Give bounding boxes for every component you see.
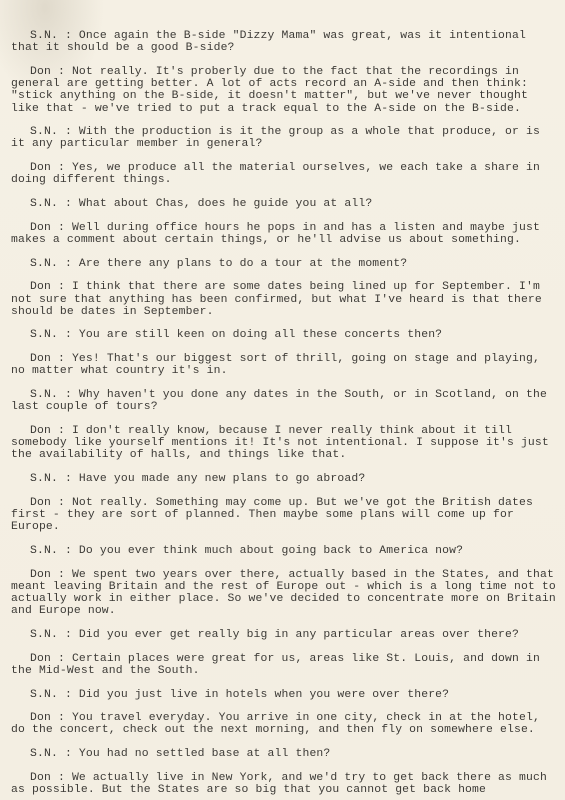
speaker-separator: : [58,126,79,138]
speaker-label: S.N. [30,748,58,760]
paragraph-text: Not really. Something may come up. But w… [11,497,540,533]
speaker-label: Don [30,353,51,365]
speaker-label: S.N. [30,629,58,641]
paragraph-text: You are still keen on doing all these co… [79,329,442,341]
speaker-separator: : [58,748,79,760]
paragraph-text: Well during office hours he pops in and … [11,222,547,246]
question-paragraph: S.N. : Are there any plans to do a tour … [11,258,556,270]
speaker-label: Don [30,425,51,437]
question-paragraph: S.N. : Why haven't you done any dates in… [11,389,556,413]
paragraph-text: We actually live in New York, and we'd t… [11,772,554,796]
speaker-label: S.N. [30,545,58,557]
speaker-separator: : [51,772,72,784]
speaker-separator: : [58,258,79,270]
answer-paragraph: Don : Not really. It's proberly due to t… [11,66,556,115]
speaker-label: Don [30,712,51,724]
speaker-label: S.N. [30,689,58,701]
speaker-label: Don [30,66,51,78]
paragraph-text: I don't really know, because I never rea… [11,425,556,461]
answer-paragraph: Don : We spent two years over there, act… [11,569,556,618]
question-paragraph: S.N. : You are still keen on doing all t… [11,329,556,341]
speaker-separator: : [51,281,72,293]
paragraph-text: Yes! That's our biggest sort of thrill, … [11,353,547,377]
speaker-separator: : [58,198,79,210]
paragraph-text: Are there any plans to do a tour at the … [79,258,407,270]
speaker-separator: : [51,222,72,234]
question-paragraph: S.N. : Did you just live in hotels when … [11,689,556,701]
speaker-label: S.N. [30,30,58,42]
question-paragraph: S.N. : Do you ever think much about goin… [11,545,556,557]
paragraph-text: Did you ever get really big in any parti… [79,629,519,641]
paragraph-text: Not really. It's proberly due to the fac… [11,66,535,115]
paragraph-text: I think that there are some dates being … [11,281,549,317]
speaker-separator: : [58,545,79,557]
answer-paragraph: Don : We actually live in New York, and … [11,772,556,796]
speaker-separator: : [58,30,79,42]
speaker-separator: : [51,353,72,365]
speaker-separator: : [58,473,79,485]
paragraph-text: You travel everyday. You arrive in one c… [11,712,547,736]
speaker-label: Don [30,497,51,509]
paragraph-text: You had no settled base at all then? [79,748,330,760]
answer-paragraph: Don : Yes! That's our biggest sort of th… [11,353,556,377]
paragraph-text: Once again the B-side "Dizzy Mama" was g… [11,30,533,54]
answer-paragraph: Don : Yes, we produce all the material o… [11,162,556,186]
speaker-separator: : [58,329,79,341]
speaker-label: S.N. [30,198,58,210]
speaker-separator: : [51,653,72,665]
paragraph-text: We spent two years over there, actually … [11,569,563,618]
paragraph-text: Have you made any new plans to go abroad… [79,473,365,485]
speaker-separator: : [51,66,72,78]
answer-paragraph: Don : You travel everyday. You arrive in… [11,712,556,736]
interview-transcript: S.N. : Once again the B-side "Dizzy Mama… [11,30,556,800]
speaker-separator: : [51,497,72,509]
speaker-label: S.N. [30,329,58,341]
speaker-label: S.N. [30,258,58,270]
answer-paragraph: Don : Well during office hours he pops i… [11,222,556,246]
speaker-label: S.N. [30,473,58,485]
speaker-separator: : [51,162,72,174]
speaker-label: S.N. [30,126,58,138]
speaker-label: Don [30,162,51,174]
answer-paragraph: Don : I think that there are some dates … [11,281,556,318]
speaker-separator: : [58,689,79,701]
speaker-separator: : [51,425,72,437]
paragraph-text: Certain places were great for us, areas … [11,653,547,677]
typewritten-page: S.N. : Once again the B-side "Dizzy Mama… [0,0,565,800]
speaker-separator: : [58,389,79,401]
question-paragraph: S.N. : Have you made any new plans to go… [11,473,556,485]
answer-paragraph: Don : I don't really know, because I nev… [11,425,556,462]
question-paragraph: S.N. : What about Chas, does he guide yo… [11,198,556,210]
speaker-separator: : [51,712,72,724]
paragraph-text: What about Chas, does he guide you at al… [79,198,372,210]
speaker-label: Don [30,222,51,234]
paragraph-text: With the production is it the group as a… [11,126,547,150]
answer-paragraph: Don : Not really. Something may come up.… [11,497,556,534]
speaker-label: S.N. [30,389,58,401]
speaker-label: Don [30,772,51,784]
paragraph-text: Did you just live in hotels when you wer… [79,689,449,701]
speaker-label: Don [30,281,51,293]
answer-paragraph: Don : Certain places were great for us, … [11,653,556,677]
paragraph-text: Do you ever think much about going back … [79,545,463,557]
paragraph-text: Yes, we produce all the material ourselv… [11,162,547,186]
speaker-label: Don [30,569,51,581]
speaker-separator: : [58,629,79,641]
speaker-label: Don [30,653,51,665]
question-paragraph: S.N. : With the production is it the gro… [11,126,556,150]
question-paragraph: S.N. : Once again the B-side "Dizzy Mama… [11,30,556,54]
question-paragraph: S.N. : Did you ever get really big in an… [11,629,556,641]
paragraph-text: Why haven't you done any dates in the So… [11,389,554,413]
question-paragraph: S.N. : You had no settled base at all th… [11,748,556,760]
speaker-separator: : [51,569,72,581]
